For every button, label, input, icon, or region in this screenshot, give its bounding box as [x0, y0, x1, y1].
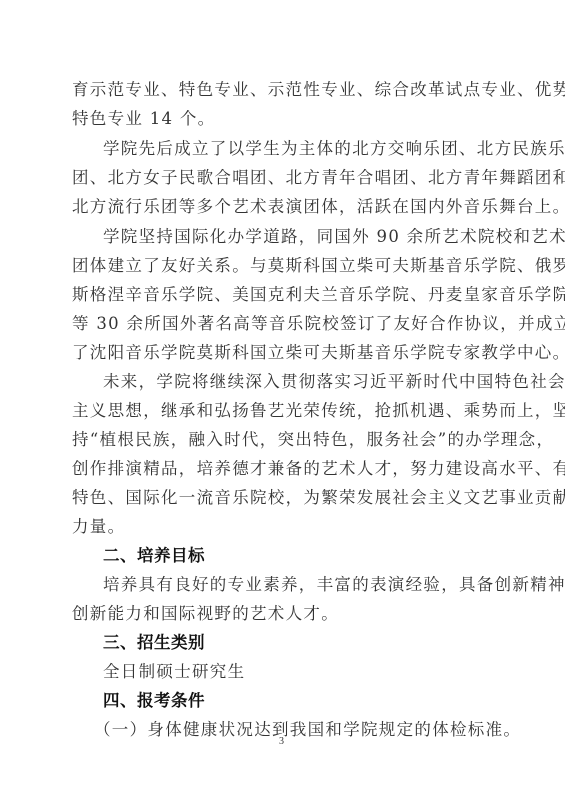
- paragraph-line: （一）身体健康状况达到我国和学院规定的体检标准。: [94, 720, 521, 740]
- paragraph-line: 力量。: [72, 517, 125, 537]
- paragraph-line: 团、北方女子民歌合唱团、北方青年合唱团、北方青年舞蹈团和: [72, 168, 565, 188]
- paragraph-line: 了沈阳音乐学院莫斯科国立柴可夫斯基音乐学院专家教学中心。: [72, 343, 565, 363]
- paragraph-line: 全日制硕士研究生: [103, 662, 245, 682]
- paragraph-line: 创新能力和国际视野的艺术人才。: [72, 604, 339, 624]
- section-heading: 三、招生类别: [103, 633, 205, 653]
- paragraph-line: 团体建立了友好关系。与莫斯科国立柴可夫斯基音乐学院、俄罗: [72, 256, 565, 276]
- section-heading: 四、报考条件: [103, 691, 205, 711]
- paragraph-line: 育示范专业、特色专业、示范性专业、综合改革试点专业、优势: [72, 80, 565, 100]
- paragraph-line: 斯格涅辛音乐学院、美国克利夫兰音乐学院、丹麦皇家音乐学院: [72, 285, 565, 305]
- paragraph-line: 持“植根民族，融入时代，突出特色，服务社会”的办学理念，: [72, 430, 554, 450]
- paragraph-line: 学院坚持国际化办学道路，同国外 90 余所艺术院校和艺术: [103, 227, 565, 247]
- paragraph-line: 主义思想，继承和弘扬鲁艺光荣传统，抢抓机遇、乘势而上，坚: [72, 401, 565, 421]
- section-heading: 二、培养目标: [103, 546, 205, 566]
- paragraph-line: 学院先后成立了以学生为主体的北方交响乐团、北方民族乐: [103, 139, 565, 159]
- paragraph-line: 未来，学院将继续深入贯彻落实习近平新时代中国特色社会: [103, 372, 565, 392]
- paragraph-line: 特色专业 14 个。: [72, 109, 216, 129]
- paragraph-line: 特色、国际化一流音乐院校，为繁荣发展社会主义文艺事业贡献: [72, 488, 565, 508]
- paragraph-line: 等 30 余所国外著名高等音乐院校签订了友好合作协议，并成立: [72, 314, 565, 334]
- page-number: 3: [279, 736, 284, 747]
- paragraph-line: 创作排演精品，培养德才兼备的艺术人才，努力建设高水平、有: [72, 459, 565, 479]
- paragraph-line: 北方流行乐团等多个艺术表演团体，活跃在国内外音乐舞台上。: [72, 197, 565, 217]
- paragraph-line: 培养具有良好的专业素养，丰富的表演经验，具备创新精神、: [103, 575, 565, 595]
